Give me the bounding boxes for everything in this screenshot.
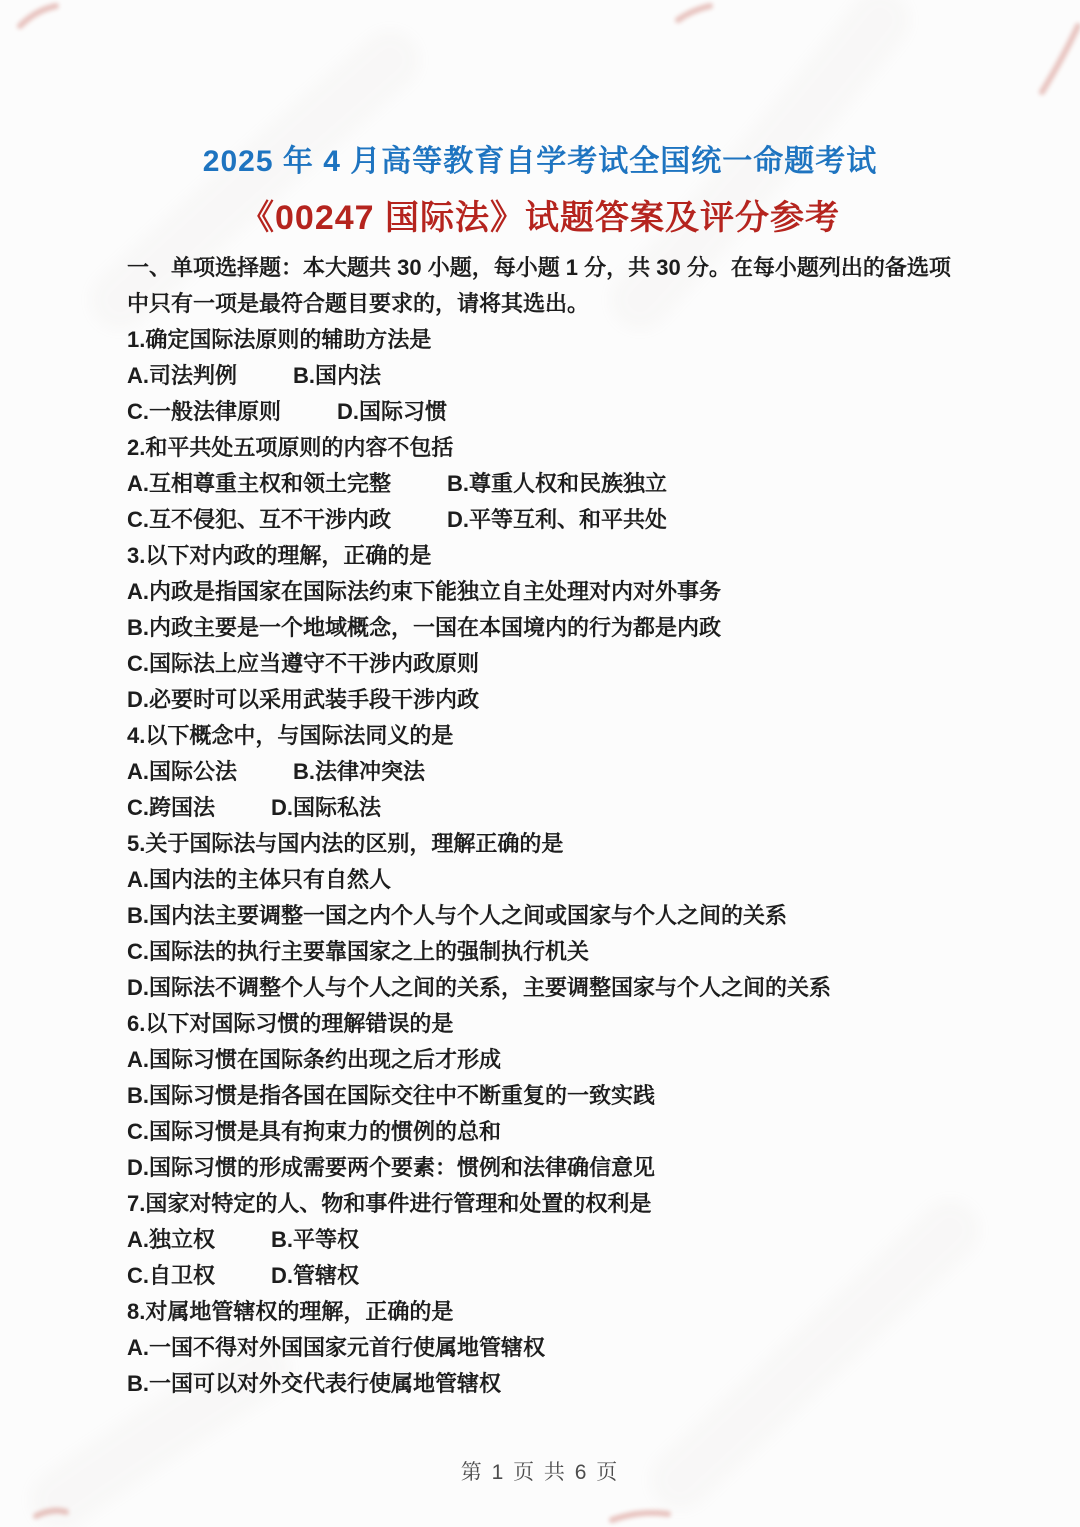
question-stem: 8.对属地管辖权的理解，正确的是 xyxy=(127,1294,980,1330)
exam-page: 2025 年 4 月高等教育自学考试全国统一命题考试 《00247 国际法》试题… xyxy=(0,0,1080,1527)
option-line: A.国际习惯在国际条约出现之后才形成 xyxy=(127,1042,980,1078)
option-line: A.国际公法B.法律冲突法 xyxy=(127,754,980,790)
exam-body: 一、单项选择题：本大题共 30 小题，每小题 1 分，共 30 分。在每小题列出… xyxy=(127,250,980,1402)
question-stem: 5.关于国际法与国内法的区别，理解正确的是 xyxy=(127,826,980,862)
option: A.司法判例 xyxy=(127,358,237,394)
option-line: A.国内法的主体只有自然人 xyxy=(127,862,980,898)
option: A.一国不得对外国国家元首行使属地管辖权 xyxy=(127,1330,545,1366)
option-line: D.国际习惯的形成需要两个要素：惯例和法律确信意见 xyxy=(127,1150,980,1186)
option: A.国际公法 xyxy=(127,754,237,790)
section-intro-line-2: 中只有一项是最符合题目要求的，请将其选出。 xyxy=(127,286,980,322)
option: D.必要时可以采用武装手段干涉内政 xyxy=(127,682,479,718)
option: D.国际私法 xyxy=(271,790,381,826)
option: A.国际习惯在国际条约出现之后才形成 xyxy=(127,1042,501,1078)
option: B.国际习惯是指各国在国际交往中不断重复的一致实践 xyxy=(127,1078,655,1114)
option-line: A.内政是指国家在国际法约束下能独立自主处理对内对外事务 xyxy=(127,574,980,610)
option: A.内政是指国家在国际法约束下能独立自主处理对内对外事务 xyxy=(127,574,721,610)
option: C.跨国法 xyxy=(127,790,215,826)
exam-subtitle: 《00247 国际法》试题答案及评分参考 xyxy=(0,190,1080,239)
option: D.国际习惯 xyxy=(337,394,447,430)
question-stem: 3.以下对内政的理解，正确的是 xyxy=(127,538,980,574)
exam-title: 2025 年 4 月高等教育自学考试全国统一命题考试 xyxy=(0,136,1080,180)
option-line: B.内政主要是一个地域概念，一国在本国境内的行为都是内政 xyxy=(127,610,980,646)
option: B.尊重人权和民族独立 xyxy=(447,466,667,502)
option: C.国际习惯是具有拘束力的惯例的总和 xyxy=(127,1114,501,1150)
questions-list: 1.确定国际法原则的辅助方法是A.司法判例B.国内法C.一般法律原则D.国际习惯… xyxy=(127,322,980,1402)
option: C.一般法律原则 xyxy=(127,394,281,430)
option: C.国际法的执行主要靠国家之上的强制执行机关 xyxy=(127,934,589,970)
option: A.独立权 xyxy=(127,1222,215,1258)
option: C.互不侵犯、互不干涉内政 xyxy=(127,502,391,538)
option: B.一国可以对外交代表行使属地管辖权 xyxy=(127,1366,501,1402)
option: B.国内法 xyxy=(293,358,381,394)
question-stem: 2.和平共处五项原则的内容不包括 xyxy=(127,430,980,466)
option: D.平等互利、和平共处 xyxy=(447,502,667,538)
option: B.内政主要是一个地域概念，一国在本国境内的行为都是内政 xyxy=(127,610,721,646)
page-footer: 第 1 页 共 6 页 xyxy=(0,1456,1080,1486)
question-stem: 1.确定国际法原则的辅助方法是 xyxy=(127,322,980,358)
option: C.自卫权 xyxy=(127,1258,215,1294)
option: B.法律冲突法 xyxy=(293,754,425,790)
option: A.互相尊重主权和领土完整 xyxy=(127,466,391,502)
option-line: C.国际习惯是具有拘束力的惯例的总和 xyxy=(127,1114,980,1150)
option: D.国际法不调整个人与个人之间的关系，主要调整国家与个人之间的关系 xyxy=(127,970,831,1006)
option-line: A.司法判例B.国内法 xyxy=(127,358,980,394)
option-line: A.独立权B.平等权 xyxy=(127,1222,980,1258)
question-stem: 6.以下对国际习惯的理解错误的是 xyxy=(127,1006,980,1042)
option: A.国内法的主体只有自然人 xyxy=(127,862,391,898)
option-line: C.一般法律原则D.国际习惯 xyxy=(127,394,980,430)
option-line: C.国际法的执行主要靠国家之上的强制执行机关 xyxy=(127,934,980,970)
option-line: D.必要时可以采用武装手段干涉内政 xyxy=(127,682,980,718)
option-line: B.国际习惯是指各国在国际交往中不断重复的一致实践 xyxy=(127,1078,980,1114)
option-line: A.一国不得对外国国家元首行使属地管辖权 xyxy=(127,1330,980,1366)
option-line: C.自卫权D.管辖权 xyxy=(127,1258,980,1294)
option: D.管辖权 xyxy=(271,1258,359,1294)
option-line: B.一国可以对外交代表行使属地管辖权 xyxy=(127,1366,980,1402)
section-intro-line-1: 一、单项选择题：本大题共 30 小题，每小题 1 分，共 30 分。在每小题列出… xyxy=(127,250,980,286)
question-stem: 4.以下概念中，与国际法同义的是 xyxy=(127,718,980,754)
option-line: A.互相尊重主权和领土完整B.尊重人权和民族独立 xyxy=(127,466,980,502)
option: B.平等权 xyxy=(271,1222,359,1258)
option-line: D.国际法不调整个人与个人之间的关系，主要调整国家与个人之间的关系 xyxy=(127,970,980,1006)
option-line: C.国际法上应当遵守不干涉内政原则 xyxy=(127,646,980,682)
option-line: B.国内法主要调整一国之内个人与个人之间或国家与个人之间的关系 xyxy=(127,898,980,934)
question-stem: 7.国家对特定的人、物和事件进行管理和处置的权利是 xyxy=(127,1186,980,1222)
option-line: C.互不侵犯、互不干涉内政D.平等互利、和平共处 xyxy=(127,502,980,538)
option: B.国内法主要调整一国之内个人与个人之间或国家与个人之间的关系 xyxy=(127,898,787,934)
option-line: C.跨国法D.国际私法 xyxy=(127,790,980,826)
option: D.国际习惯的形成需要两个要素：惯例和法律确信意见 xyxy=(127,1150,655,1186)
option: C.国际法上应当遵守不干涉内政原则 xyxy=(127,646,479,682)
